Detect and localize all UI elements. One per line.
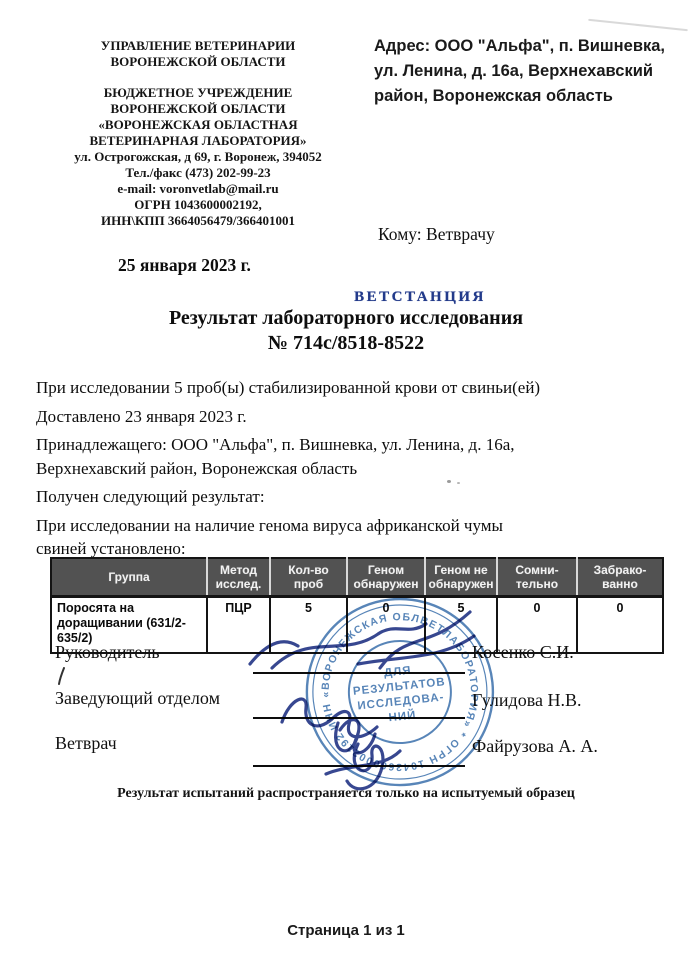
letterhead-line: «ВОРОНЕЖСКАЯ ОБЛАСТНАЯ [48,117,348,133]
signature-name-director: Косенко С.И. [472,642,574,663]
letterhead-line: УПРАВЛЕНИЕ ВЕТЕРИНАРИИ [48,38,348,54]
document-title: Результат лабораторного исследования [0,307,692,330]
recipient-to-label: Кому: Ветврачу [378,224,495,245]
body-paragraph: Доставлено 23 января 2023 г. [36,405,672,429]
letterhead-line: ВОРОНЕЖСКОЙ ОБЛАСТИ [48,54,348,70]
body-paragraph: При исследовании 5 проб(ы) стабилизирова… [36,376,672,400]
letterhead-line: ул. Острогожская, д 69, г. Воронеж, 3940… [48,149,348,165]
recipient-address-line: ул. Ленина, д. 16а, Верхнехавский [374,59,686,84]
signature-role-department-head: Заведующий отделом [55,688,220,709]
cell-genome-detected: 0 [347,597,425,654]
cell-method: ПЦР [207,597,270,654]
scanned-lab-report: УПРАВЛЕНИЕ ВЕТЕРИНАРИИ ВОРОНЕЖСКОЙ ОБЛАС… [0,0,692,968]
recipient-address: Адрес: ООО "Альфа", п. Вишневка, ул. Лен… [374,34,686,109]
stamp-center-line: РЕЗУЛЬТАТОВ [352,676,446,698]
scan-artifact-line [588,19,688,31]
signature-role-vet: Ветврач [55,733,117,754]
body-paragraph: Принадлежащего: ООО "Альфа", п. Вишневка… [36,433,672,480]
signature-ink-vet [340,720,375,753]
cell-rejected: 0 [577,597,663,654]
letterhead-line: Тел./факс (473) 202-99-23 [48,165,348,181]
page-number-label: Страница 1 из 1 [0,922,692,939]
scan-artifact-dot [447,480,451,483]
stamp-center-line: ИССЛЕДОВА- [357,691,445,712]
scan-artifact-dot [457,482,460,484]
letterhead-email: e-mail: voronvetlab@mail.ru [48,181,348,197]
body-paragraph: При исследовании на наличие генома вирус… [36,514,672,561]
letterhead-ogrn: ОГРН 1043600002192, [48,197,348,213]
recipient-address-line: Адрес: ООО "Альфа", п. Вишневка, [374,34,686,59]
col-header-genome-not-detected: Геном не обнаружен [425,558,497,597]
letterhead-inn-kpp: ИНН\КПП 3664056479/366401001 [48,213,348,229]
results-table: Группа Метод исслед. Кол-во проб Геном о… [50,557,664,654]
body-paragraph: Получен следующий результат: [36,485,672,509]
cell-sample-count: 5 [270,597,347,654]
recipient-address-line: район, Воронежская область [374,84,686,109]
col-header-group: Группа [51,558,207,597]
body-text: При исследовании 5 проб(ы) стабилизирова… [36,376,672,566]
col-header-sample-count: Кол-во проб [270,558,347,597]
table-header-row: Группа Метод исслед. Кол-во проб Геном о… [51,558,663,597]
signature-line [253,717,465,719]
letterhead-line: ВЕТЕРИНАРНАЯ ЛАБОРАТОРИЯ» [48,133,348,149]
letterhead: УПРАВЛЕНИЕ ВЕТЕРИНАРИИ ВОРОНЕЖСКОЙ ОБЛАС… [48,38,348,229]
col-header-rejected: Забрако- ванно [577,558,663,597]
signature-ink-department-head [336,723,358,751]
letterhead-line: ВОРОНЕЖСКОЙ ОБЛАСТИ [48,101,348,117]
signature-name-vet: Файрузова А. А. [472,736,598,757]
signature-name-department-head: Гулидова Н.В. [472,690,581,711]
pen-mark [57,667,66,685]
col-header-method: Метод исслед. [207,558,270,597]
col-header-doubtful: Сомни- тельно [497,558,577,597]
signature-line [253,765,465,767]
document-date: 25 января 2023 г. [118,255,251,276]
letterhead-gap [48,70,348,85]
document-number: № 714с/8518-8522 [0,332,692,355]
letterhead-line: БЮДЖЕТНОЕ УЧРЕЖДЕНИЕ [48,85,348,101]
signature-line [253,672,465,674]
disclaimer-text: Результат испытаний распространяется тол… [0,786,692,802]
signature-role-director: Руководитель [55,642,160,663]
col-header-genome-detected: Геном обнаружен [347,558,425,597]
vetstation-stamp-text: ВЕТСТАНЦИЯ [300,289,540,306]
